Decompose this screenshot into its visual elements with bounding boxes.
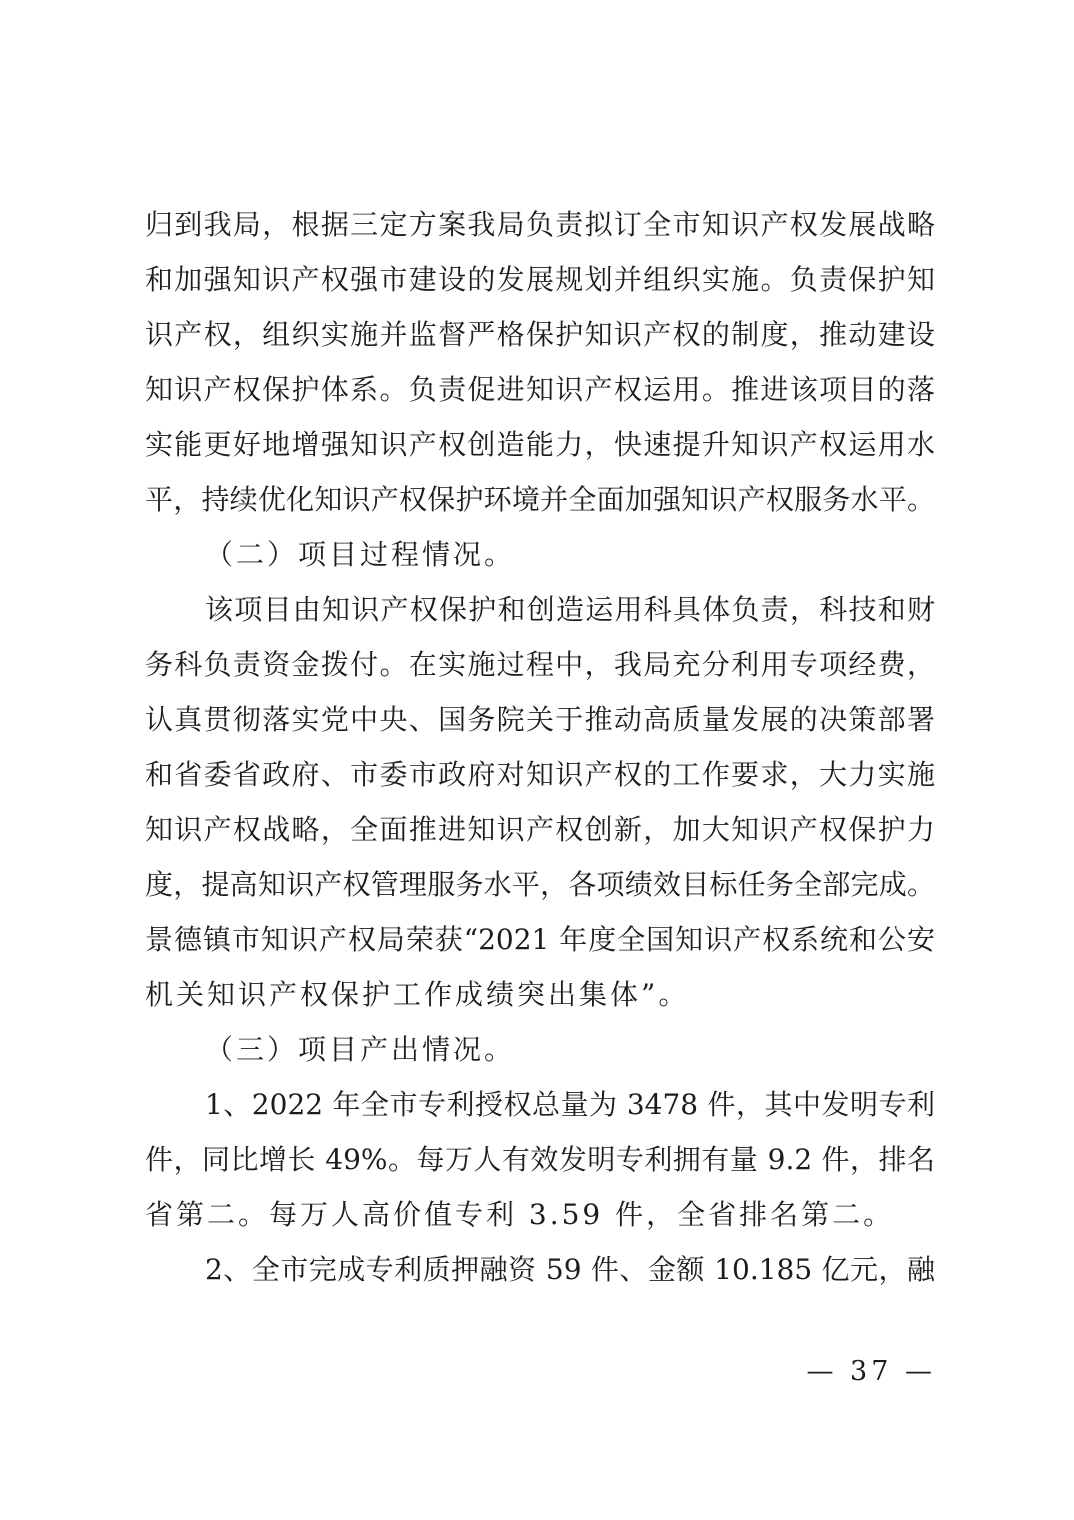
text-line: 度，提高知识产权管理服务水平，各项绩效目标任务全部完成。: [145, 857, 935, 912]
text-line: 知识产权战略，全面推进知识产权创新，加大知识产权保护力: [145, 802, 935, 857]
page-number: — 37 —: [806, 1356, 936, 1387]
text-line: 省第二。每万人高价值专利 3.59 件，全省排名第二。: [145, 1187, 935, 1242]
text-line: 件，同比增长 49%。每万人有效发明专利拥有量 9.2 件，排名全: [145, 1132, 935, 1187]
section-heading: （二）项目过程情况。: [145, 527, 935, 582]
document-body: 归到我局，根据三定方案我局负责拟订全市知识产权发展战略 和加强知识产权强市建设的…: [145, 197, 935, 1297]
text-line: 机关知识产权保护工作成绩突出集体”。: [145, 967, 935, 1022]
text-line: 识产权，组织实施并监督严格保护知识产权的制度，推动建设: [145, 307, 935, 362]
text-line: 认真贯彻落实党中央、国务院关于推动高质量发展的决策部署: [145, 692, 935, 747]
text-line: 1、2022 年全市专利授权总量为 3478 件，其中发明专利 401: [145, 1077, 935, 1132]
text-line: 和省委省政府、市委市政府对知识产权的工作要求，大力实施: [145, 747, 935, 802]
text-line: 2、全市完成专利质押融资 59 件、金额 10.185 亿元，融资: [145, 1242, 935, 1297]
text-line: 务科负责资金拨付。在实施过程中，我局充分利用专项经费，: [145, 637, 935, 692]
text-line: 实能更好地增强知识产权创造能力，快速提升知识产权运用水: [145, 417, 935, 472]
section-heading: （三）项目产出情况。: [145, 1022, 935, 1077]
text-line: 和加强知识产权强市建设的发展规划并组织实施。负责保护知: [145, 252, 935, 307]
text-line: 归到我局，根据三定方案我局负责拟订全市知识产权发展战略: [145, 197, 935, 252]
text-line: 该项目由知识产权保护和创造运用科具体负责，科技和财: [145, 582, 935, 637]
text-line: 知识产权保护体系。负责促进知识产权运用。推进该项目的落: [145, 362, 935, 417]
text-line: 景德镇市知识产权局荣获“2021 年度全国知识产权系统和公安: [145, 912, 935, 967]
text-line: 平，持续优化知识产权保护环境并全面加强知识产权服务水平。: [145, 472, 935, 527]
document-page: 归到我局，根据三定方案我局负责拟订全市知识产权发展战略 和加强知识产权强市建设的…: [0, 0, 1074, 1520]
